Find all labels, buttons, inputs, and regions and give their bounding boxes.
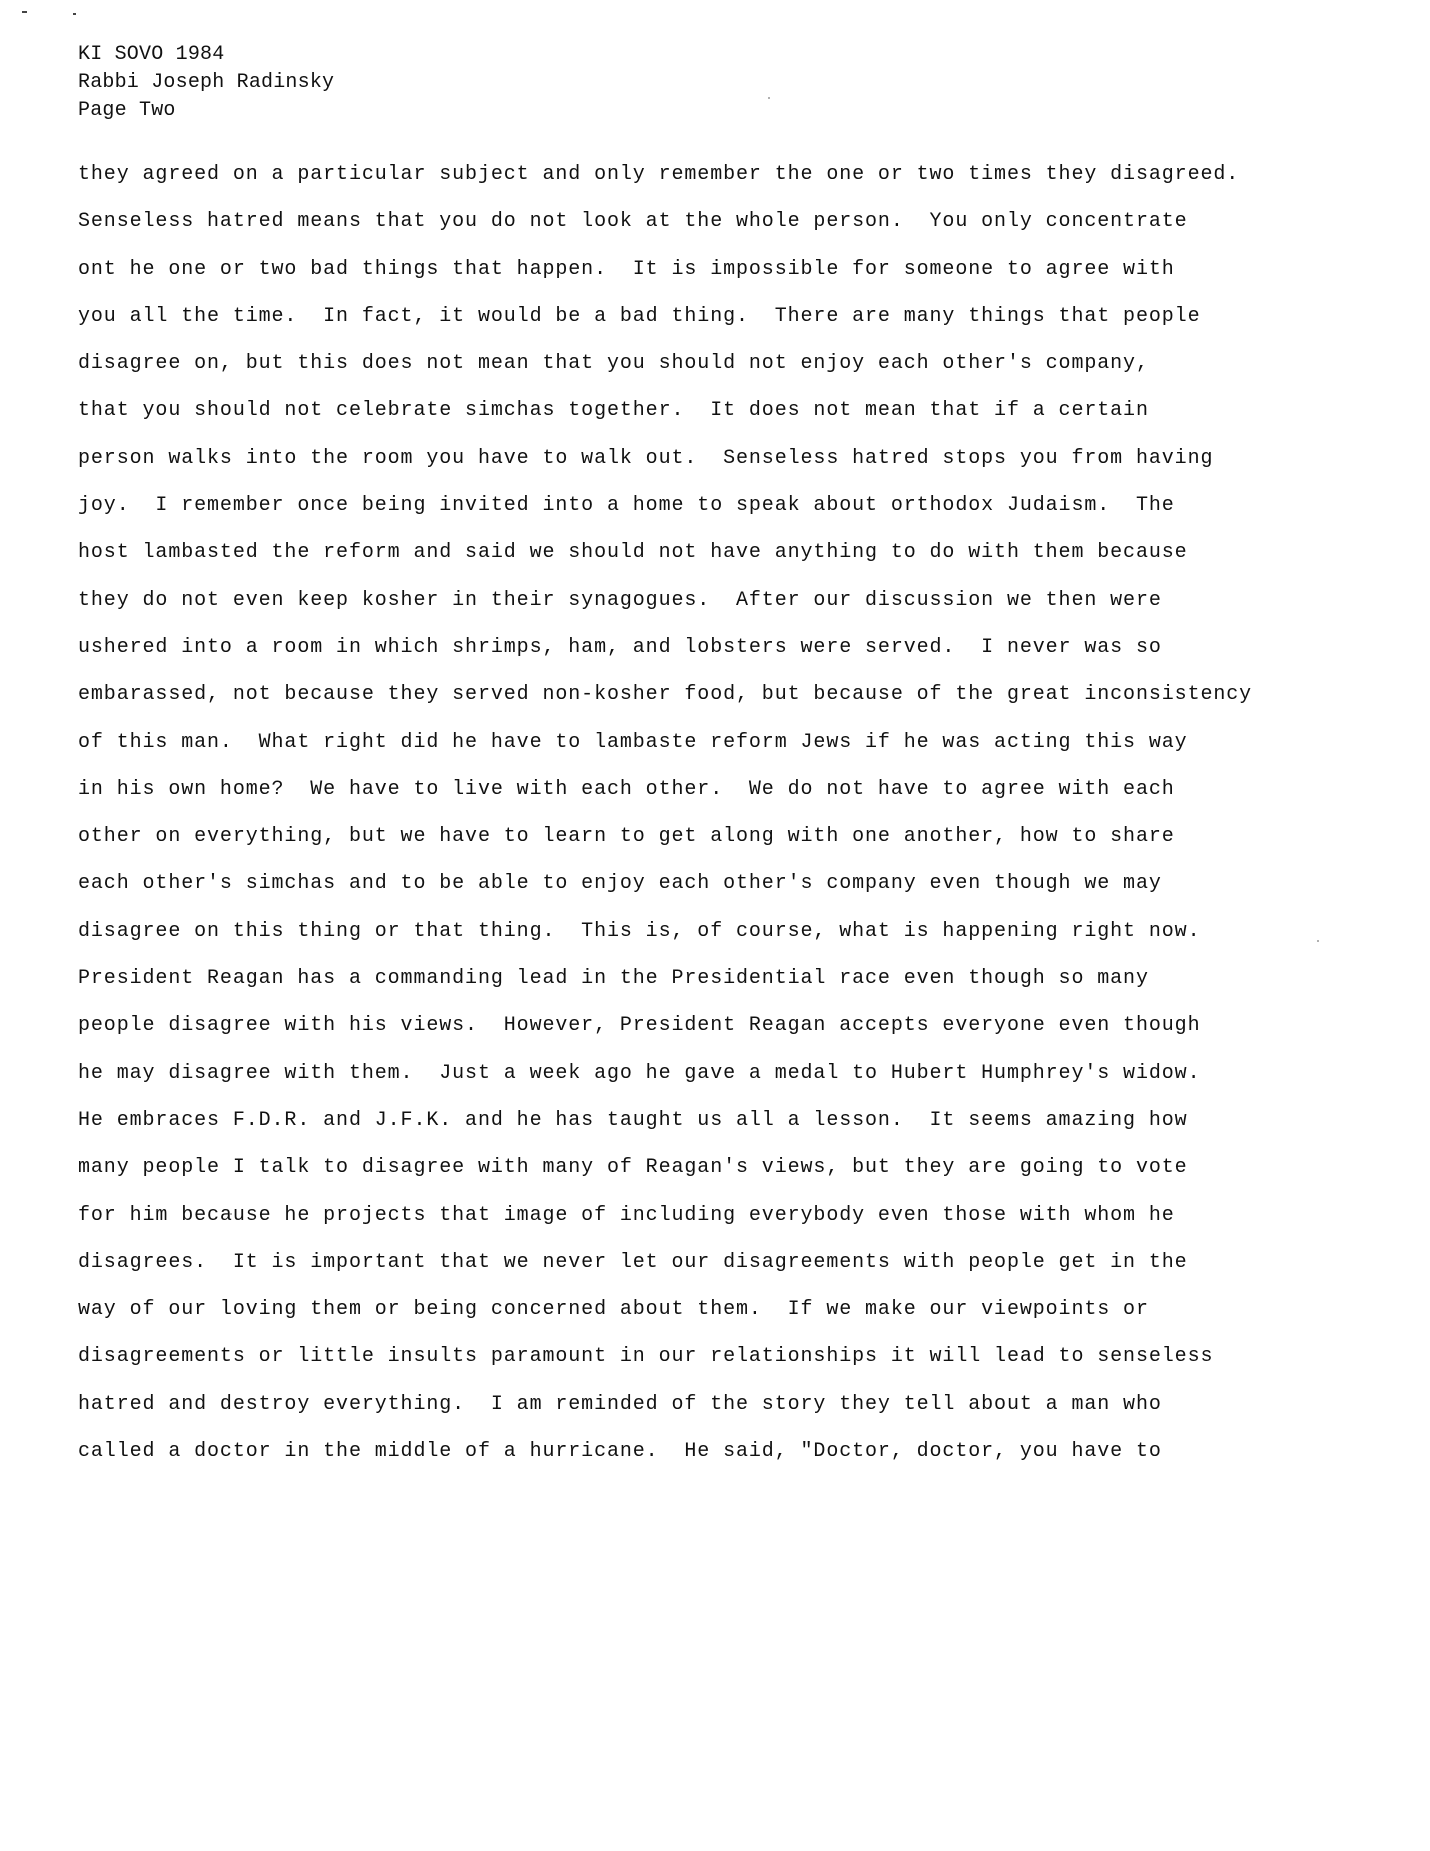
text-line: each other's simchas and to be able to e… bbox=[78, 860, 1428, 907]
text-line: disagreements or little insults paramoun… bbox=[78, 1333, 1428, 1380]
text-line: host lambasted the reform and said we sh… bbox=[78, 529, 1428, 576]
text-line: joy. I remember once being invited into … bbox=[78, 482, 1428, 529]
text-line: of this man. What right did he have to l… bbox=[78, 719, 1428, 766]
text-line: President Reagan has a commanding lead i… bbox=[78, 955, 1428, 1002]
text-line: way of our loving them or being concerne… bbox=[78, 1286, 1428, 1333]
scan-artifact-dot bbox=[768, 97, 770, 99]
text-line: ont he one or two bad things that happen… bbox=[78, 246, 1428, 293]
text-line: Senseless hatred means that you do not l… bbox=[78, 198, 1428, 245]
text-line: disagrees. It is important that we never… bbox=[78, 1239, 1428, 1286]
text-line: they do not even keep kosher in their sy… bbox=[78, 577, 1428, 624]
text-line: people disagree with his views. However,… bbox=[78, 1002, 1428, 1049]
scan-artifact-mark bbox=[73, 13, 76, 15]
text-line: He embraces F.D.R. and J.F.K. and he has… bbox=[78, 1097, 1428, 1144]
text-line: for him because he projects that image o… bbox=[78, 1192, 1428, 1239]
text-line: in his own home? We have to live with ea… bbox=[78, 766, 1428, 813]
text-line: called a doctor in the middle of a hurri… bbox=[78, 1428, 1428, 1475]
text-line: person walks into the room you have to w… bbox=[78, 435, 1428, 482]
text-line: they agreed on a particular subject and … bbox=[78, 151, 1428, 198]
header-page-number: Page Two bbox=[78, 97, 334, 125]
scan-artifact-mark bbox=[22, 11, 27, 13]
header-title: KI SOVO 1984 bbox=[78, 41, 334, 69]
text-line: ushered into a room in which shrimps, ha… bbox=[78, 624, 1428, 671]
text-line: you all the time. In fact, it would be a… bbox=[78, 293, 1428, 340]
text-line: disagree on this thing or that thing. Th… bbox=[78, 908, 1428, 955]
document-body: they agreed on a particular subject and … bbox=[78, 151, 1428, 1475]
header-author: Rabbi Joseph Radinsky bbox=[78, 69, 334, 97]
text-line: embarassed, not because they served non-… bbox=[78, 671, 1428, 718]
text-line: he may disagree with them. Just a week a… bbox=[78, 1050, 1428, 1097]
text-line: many people I talk to disagree with many… bbox=[78, 1144, 1428, 1191]
text-line: disagree on, but this does not mean that… bbox=[78, 340, 1428, 387]
text-line: hatred and destroy everything. I am remi… bbox=[78, 1381, 1428, 1428]
page-header: KI SOVO 1984 Rabbi Joseph Radinsky Page … bbox=[78, 41, 334, 125]
text-line: other on everything, but we have to lear… bbox=[78, 813, 1428, 860]
text-line: that you should not celebrate simchas to… bbox=[78, 387, 1428, 434]
